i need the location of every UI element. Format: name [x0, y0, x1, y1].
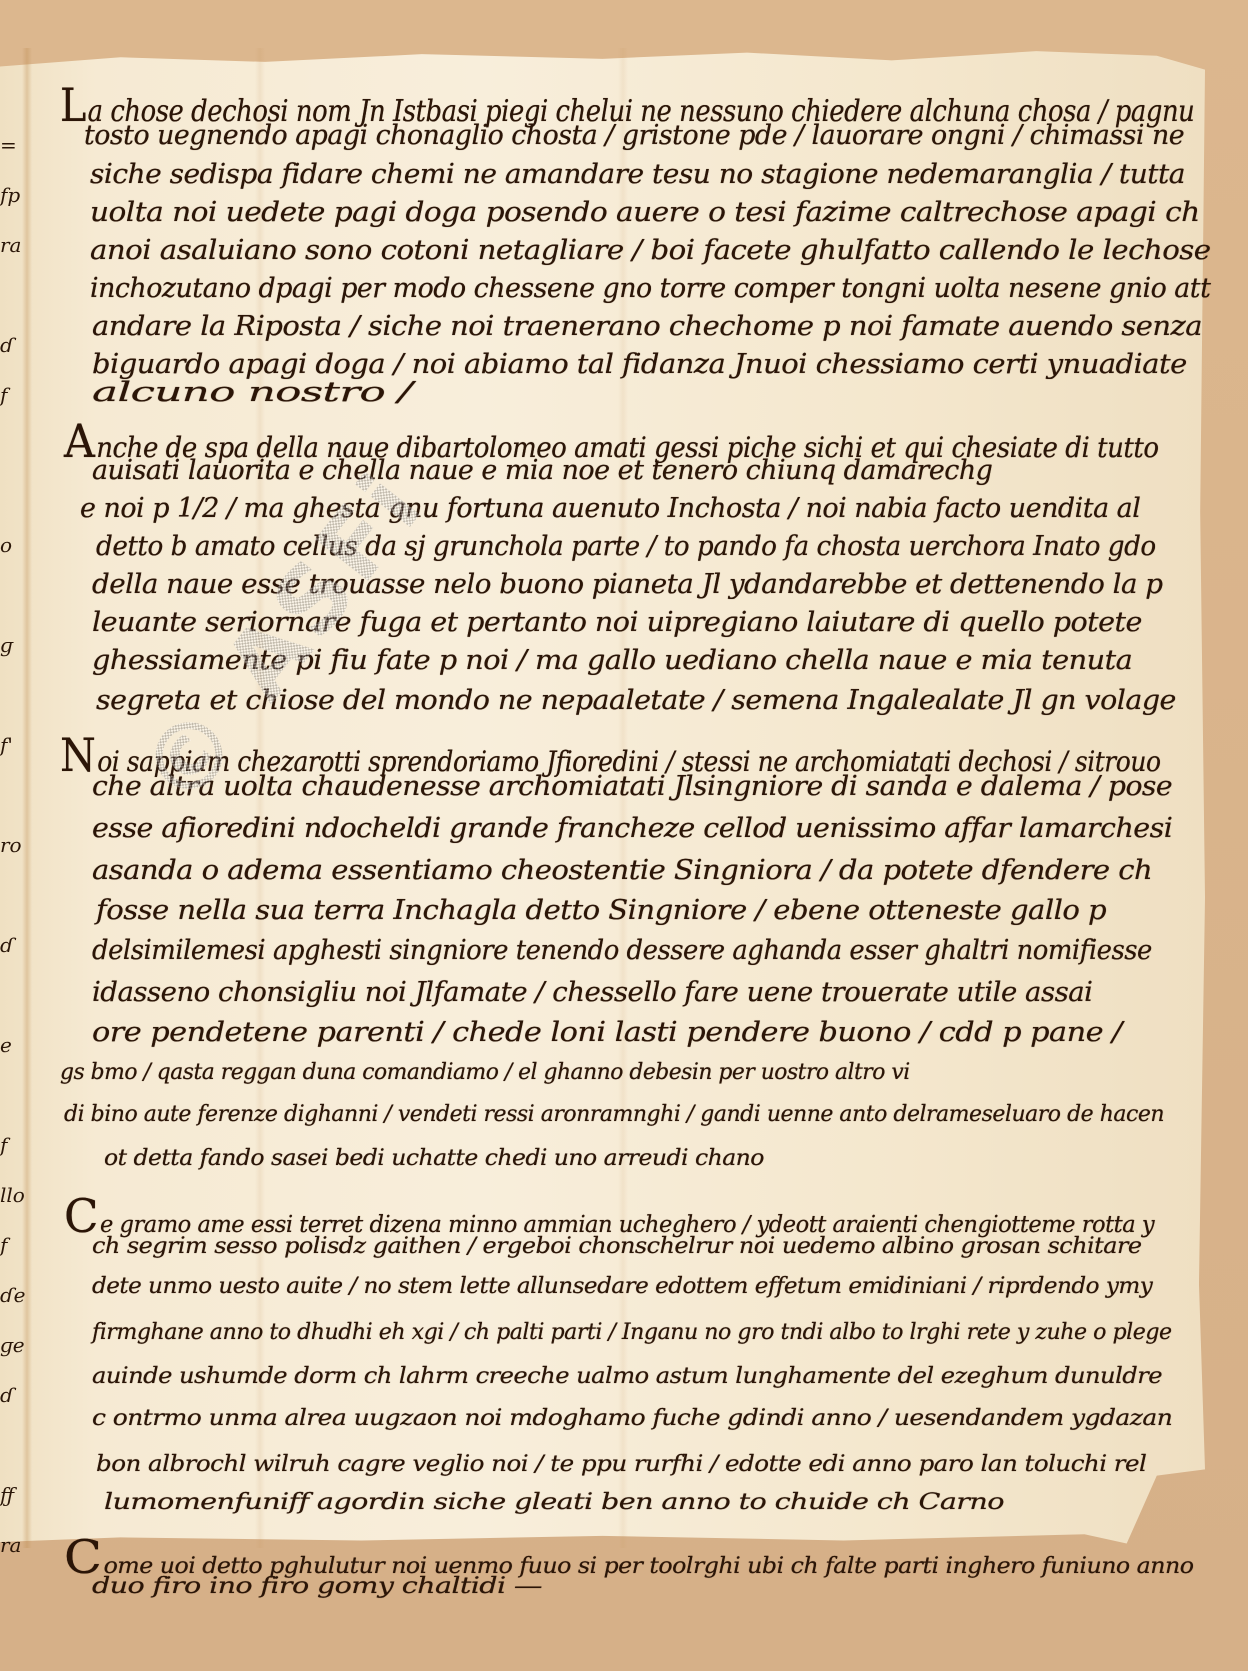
- manuscript-line: anoi asaluiano sono cotoni netagliare / …: [90, 235, 1210, 266]
- line-text: gs bmo / qasta reggan duna comandiamo / …: [60, 1060, 910, 1085]
- fragment-glyph: ɡ: [0, 620, 30, 670]
- manuscript-line: che altra uolta chaudenesse archomiatati…: [92, 771, 1172, 802]
- fragment-glyph: ƒp: [0, 170, 30, 220]
- manuscript-line: duo firo ino firo gomy chaltidi —: [92, 1574, 542, 1599]
- line-text: leuante seriornare fuga et pertanto noi …: [92, 607, 1142, 638]
- line-text: andare la Riposta / siche noi traenerano…: [92, 311, 1202, 342]
- manuscript-line: ghessiamente pi fiu fate p noi / ma gall…: [92, 645, 1132, 676]
- line-text: bon albrochl wilruh cagre veglio noi / t…: [96, 1452, 1146, 1477]
- manuscript-line: idasseno chonsigliu noi Jlfamate / chess…: [92, 977, 1092, 1008]
- manuscript-line: siche sedispa fidare chemi ne amandare t…: [90, 159, 1185, 190]
- line-text: inchozutano dpagi per modo chessene gno …: [90, 273, 1210, 304]
- line-text: delsimilemesi apghesti singniore tenendo…: [92, 935, 1152, 966]
- line-text: della naue esse trouasse nelo buono pian…: [92, 569, 1163, 600]
- fragment-glyph: [0, 870, 30, 920]
- manuscript-line: ore pendetene parenti / chede loni lasti…: [92, 1017, 1122, 1048]
- fragment-glyph: ro: [0, 820, 30, 870]
- line-text: auinde ushumde dorm ch lahrm creeche ual…: [92, 1364, 1162, 1389]
- fragment-glyph: o: [0, 520, 30, 570]
- line-text: c ontrmo unma alrea uugzaon noi mdoghamo…: [92, 1406, 1172, 1431]
- manuscript-line: gs bmo / qasta reggan duna comandiamo / …: [60, 1060, 910, 1085]
- manuscript-line: ch segrim sesso polisdz gaithen / ergebo…: [92, 1234, 1142, 1259]
- manuscript-line: inchozutano dpagi per modo chessene gno …: [90, 273, 1210, 304]
- decorated-initial: N: [60, 728, 95, 782]
- line-text: anoi asaluiano sono cotoni netagliare / …: [90, 235, 1210, 266]
- line-text: duo firo ino firo gomy chaltidi —: [92, 1574, 542, 1599]
- manuscript-line: fosse nella sua terra Inchagla detto Sin…: [96, 895, 1106, 926]
- line-text: di bino aute ferenze dighanni / vendeti …: [64, 1102, 1164, 1127]
- adjacent-page-fragment: =ƒpra ɗƒ o ɡ ƒ' ro ɗ e ƒlloƒɗeɡeɗ ƒƒra: [0, 120, 30, 1570]
- manuscript-line: uolta noi uedete pagi doga posendo auere…: [90, 197, 1200, 228]
- fragment-glyph: ɡe: [0, 1320, 30, 1370]
- fragment-glyph: [0, 420, 30, 470]
- line-text: ore pendetene parenti / chede loni lasti…: [92, 1017, 1122, 1048]
- manuscript-line: auinde ushumde dorm ch lahrm creeche ual…: [92, 1364, 1162, 1389]
- line-text: fosse nella sua terra Inchagla detto Sin…: [96, 895, 1106, 926]
- manuscript-line: bon albrochl wilruh cagre veglio noi / t…: [96, 1452, 1146, 1477]
- line-text: asanda o adema essentiamo cheostentie Si…: [92, 855, 1152, 886]
- fragment-glyph: [0, 670, 30, 720]
- fragment-glyph: [0, 270, 30, 320]
- line-text: detto b amato cellus da sj grunchola par…: [96, 531, 1156, 562]
- manuscript-line: esse afioredini ndocheldi grande franche…: [92, 813, 1172, 844]
- fragment-glyph: ƒƒ: [0, 1470, 30, 1520]
- fragment-glyph: ƒ: [0, 370, 30, 420]
- fragment-glyph: [0, 570, 30, 620]
- manuscript-line: ot detta fando sasei bedi uchatte chedi …: [104, 1146, 764, 1171]
- fragment-glyph: [0, 470, 30, 520]
- fragment-glyph: ɗ: [0, 920, 30, 970]
- decorated-initial: A: [64, 414, 94, 468]
- manuscript-line: c ontrmo unma alrea uugzaon noi mdoghamo…: [92, 1406, 1172, 1431]
- line-text: auisati lauorita e chella naue e mia noe…: [92, 455, 992, 486]
- line-text: e noi p 1/2 / ma ghesta gnu fortuna auen…: [80, 493, 1140, 524]
- manuscript-line: e noi p 1/2 / ma ghesta gnu fortuna auen…: [80, 493, 1140, 524]
- line-text: biguardo apagi doga / noi abiamo tal fid…: [92, 349, 1187, 380]
- fragment-glyph: [0, 770, 30, 820]
- manuscript-line: auisati lauorita e chella naue e mia noe…: [92, 455, 992, 486]
- manuscript-line: lumomenfuniff agordin siche gleati ben a…: [104, 1490, 1004, 1515]
- line-text: idasseno chonsigliu noi Jlfamate / chess…: [92, 977, 1092, 1008]
- fragment-glyph: =: [0, 120, 30, 170]
- fragment-glyph: ƒ: [0, 1220, 30, 1270]
- fragment-glyph: ɗ: [0, 1370, 30, 1420]
- line-text: uolta noi uedete pagi doga posendo auere…: [90, 197, 1200, 228]
- fragment-glyph: ƒ: [0, 1120, 30, 1170]
- manuscript-line: della naue esse trouasse nelo buono pian…: [92, 569, 1163, 600]
- manuscript-line: firmghane anno to dhudhi eh xgi / ch pal…: [92, 1320, 1172, 1345]
- manuscript-line: alcuno nostro /: [92, 377, 412, 408]
- fragment-glyph: [0, 1420, 30, 1470]
- line-text: che altra uolta chaudenesse archomiatati…: [92, 771, 1172, 802]
- line-text: dete unmo uesto auite / no stem lette al…: [92, 1274, 1152, 1299]
- line-text: esse afioredini ndocheldi grande franche…: [92, 813, 1172, 844]
- line-text: ot detta fando sasei bedi uchatte chedi …: [104, 1146, 764, 1171]
- manuscript-line: detto b amato cellus da sj grunchola par…: [96, 531, 1156, 562]
- fragment-glyph: ɗ: [0, 320, 30, 370]
- manuscript-line: biguardo apagi doga / noi abiamo tal fid…: [92, 349, 1187, 380]
- fragment-glyph: e: [0, 1020, 30, 1070]
- fragment-glyph: llo: [0, 1170, 30, 1220]
- fragment-glyph: ƒ': [0, 720, 30, 770]
- line-text: firmghane anno to dhudhi eh xgi / ch pal…: [92, 1320, 1172, 1345]
- fragment-glyph: [0, 1070, 30, 1120]
- manuscript-line: leuante seriornare fuga et pertanto noi …: [92, 607, 1142, 638]
- decorated-initial: L: [60, 78, 86, 132]
- fragment-glyph: ra: [0, 1520, 30, 1570]
- fragment-glyph: ra: [0, 220, 30, 270]
- fragment-glyph: [0, 970, 30, 1020]
- line-text: lumomenfuniff agordin siche gleati ben a…: [104, 1490, 1004, 1515]
- manuscript-line: tosto uegnendo apagi chonaglio chosta / …: [84, 120, 1184, 151]
- line-text: ghessiamente pi fiu fate p noi / ma gall…: [92, 645, 1132, 676]
- manuscript-line: dete unmo uesto auite / no stem lette al…: [92, 1274, 1152, 1299]
- manuscript-line: asanda o adema essentiamo cheostentie Si…: [92, 855, 1152, 886]
- line-text: alcuno nostro /: [92, 377, 412, 408]
- line-text: tosto uegnendo apagi chonaglio chosta / …: [84, 120, 1184, 151]
- manuscript-line: delsimilemesi apghesti singniore tenendo…: [92, 935, 1152, 966]
- fragment-glyph: ɗe: [0, 1270, 30, 1320]
- line-text: segreta et chiose del mondo ne nepaaleta…: [96, 685, 1176, 716]
- line-text: ch segrim sesso polisdz gaithen / ergebo…: [92, 1234, 1142, 1259]
- manuscript-line: andare la Riposta / siche noi traenerano…: [92, 311, 1202, 342]
- line-text: siche sedispa fidare chemi ne amandare t…: [90, 159, 1185, 190]
- manuscript-line: segreta et chiose del mondo ne nepaaleta…: [96, 685, 1176, 716]
- manuscript-line: di bino aute ferenze dighanni / vendeti …: [64, 1102, 1164, 1127]
